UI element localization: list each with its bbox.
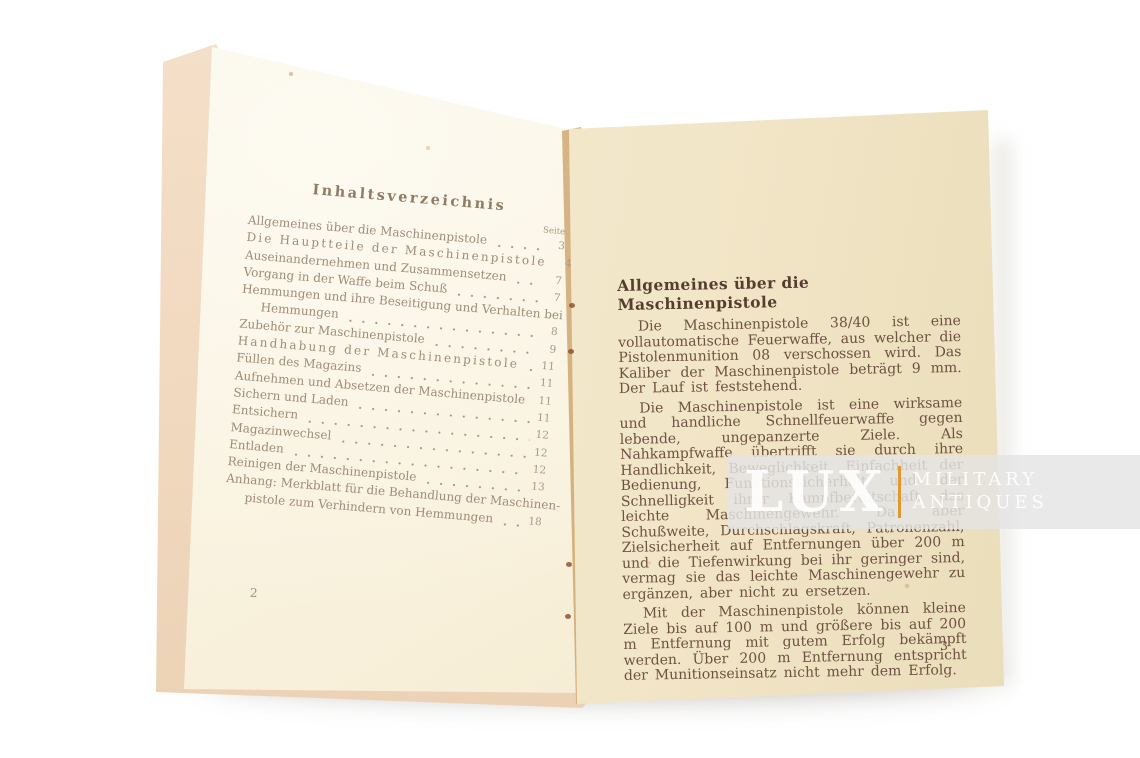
- toc-entry-page-number: 11: [535, 392, 552, 411]
- dotted-leader: [512, 272, 544, 287]
- toc-entry-page-number: 11: [538, 358, 555, 377]
- toc-entry-page-number: 7: [544, 289, 561, 308]
- binding-staple-dot: [568, 349, 574, 354]
- paper-foxing-specks: [0, 0, 2, 2]
- toc-entry-page-number: 12: [532, 427, 549, 446]
- toc-entry-page-number: 11: [537, 375, 554, 394]
- watermark-band: LUX MILITARY ANTIQUES: [728, 455, 1140, 529]
- dotted-leader: [531, 395, 534, 407]
- left-page-number: 2: [249, 586, 258, 601]
- paragraph: Die Maschinenpistole 38/40 ist eine voll…: [618, 314, 962, 397]
- binding-staple-dot: [566, 562, 572, 567]
- dotted-leader: [499, 514, 524, 528]
- watermark-subtitle: MILITARY ANTIQUES: [913, 470, 1048, 513]
- dotted-leader: [552, 258, 553, 270]
- photo-of-open-booklet: Inhaltsverzeichnis Seite Allgemeines übe…: [0, 0, 1140, 758]
- paragraph: Mit der Maschinenpistole können kleine Z…: [623, 601, 967, 684]
- right-page-number: 3: [940, 638, 948, 653]
- binding-staple-dot: [565, 614, 571, 619]
- toc-entry-page-number: 12: [531, 444, 548, 463]
- watermark-line2: ANTIQUES: [913, 493, 1048, 514]
- toc-entry-page-number: 9: [539, 341, 556, 360]
- toc-entry-page-number: 7: [545, 272, 562, 291]
- toc-entry-page-number: 11: [534, 409, 551, 428]
- toc-entry-page-number: 8: [541, 323, 558, 342]
- table-of-contents: Inhaltsverzeichnis Seite Allgemeines übe…: [224, 172, 569, 531]
- watermark-line1: MILITARY: [913, 470, 1048, 491]
- toc-entry-page-number: 12: [529, 461, 546, 480]
- watermark-divider: [898, 466, 901, 518]
- toc-entry-page-number: 13: [528, 478, 545, 497]
- toc-entry-page-number: 3: [548, 237, 565, 256]
- dotted-leader: [524, 360, 536, 373]
- binding-staple-dot: [569, 303, 575, 308]
- toc-entry-page-number: 4: [555, 255, 572, 274]
- watermark-brand: LUX: [744, 464, 888, 520]
- section-heading: Allgemeines über die Maschinenpistole: [617, 270, 961, 314]
- toc-entry-page-number: 18: [525, 513, 542, 532]
- toc-list: Allgemeines über die Maschinenpistole3Di…: [224, 212, 565, 532]
